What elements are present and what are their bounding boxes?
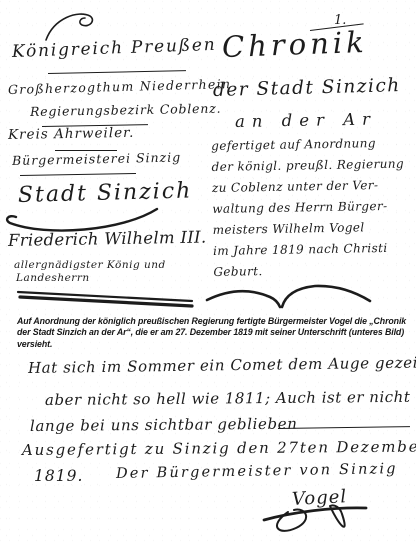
- entry-line-2: aber nicht so hell wie 1811; Auch ist er…: [45, 388, 410, 409]
- entry-closing: Der Bürgermeister von Sinzig: [116, 461, 398, 482]
- mayoralty-underline: [20, 173, 136, 176]
- kingdom-underline: [48, 70, 186, 74]
- chronicle-subtitle-1: der Stadt Sinzich: [213, 75, 401, 101]
- entry-year: 1819.: [34, 467, 83, 485]
- entry-line-3-dash: [278, 426, 410, 429]
- chronicle-body-line: waltung des Herrn Bürger-: [212, 196, 405, 220]
- entry-line-4: Ausgefertigt zu Sinzig den 27ten Dezembe…: [22, 437, 416, 459]
- chronicle-body: gefertiget auf Anordnung der königl. pre…: [211, 133, 406, 283]
- district-line: Regierungsbezirk Coblenz.: [30, 101, 222, 119]
- county-line: Kreis Ahrweiler.: [8, 125, 135, 143]
- entry-line-3: lange bei uns sichtbar geblieben: [30, 415, 298, 435]
- entry-line-1: Hat sich im Sommer ein Comet dem Auge ge…: [28, 353, 416, 377]
- flourish-brace: [202, 282, 378, 310]
- printed-caption: Auf Anordnung der königlich preußischen …: [17, 316, 411, 350]
- town-line: Stadt Sinzich: [18, 178, 193, 208]
- separator-double-rule: [14, 284, 200, 310]
- signature-flourish: [258, 498, 374, 543]
- document-scan: Königreich Preußen Großherzogthum Nieder…: [0, 0, 416, 549]
- king-name-line: Friederich Wilhelm III.: [8, 228, 207, 250]
- king-subtitle-line-2: Landesherrn: [16, 272, 90, 284]
- king-subtitle-line-1: allergnädigster König und: [14, 259, 166, 271]
- chronicle-title: Chronik: [221, 25, 368, 64]
- mayoralty-line: Bürgermeisterei Sinzig: [12, 149, 181, 168]
- chronicle-subtitle-2: an der Ar: [235, 110, 377, 131]
- chronicle-body-line: Geburt.: [213, 259, 406, 283]
- duchy-line: Großherzogthum Niederrhein: [8, 76, 232, 97]
- chronicle-body-line: im Jahre 1819 nach Christi: [213, 238, 406, 262]
